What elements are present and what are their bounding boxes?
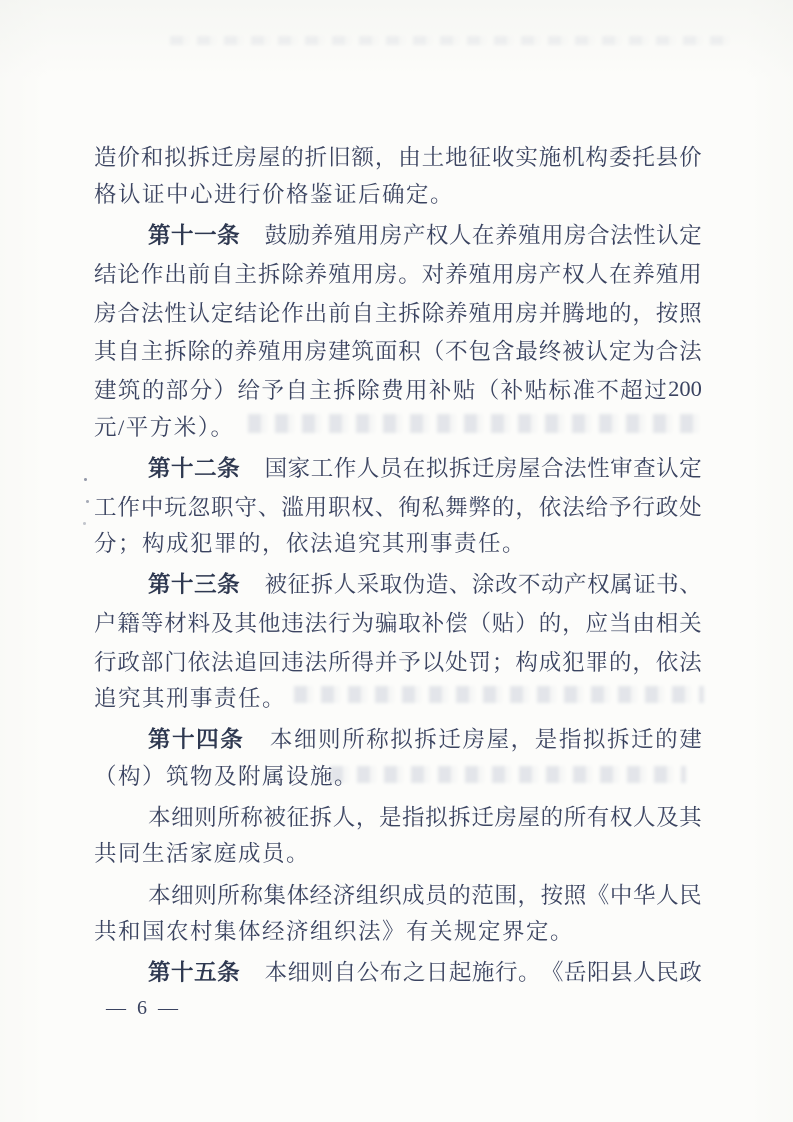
line-text-char: 自 <box>334 955 357 987</box>
line-text-char: 予 <box>261 373 284 405</box>
line-text-char: 政 <box>679 955 702 987</box>
line-text-char: 则 <box>311 955 334 987</box>
line-text-char: 房 <box>564 218 587 250</box>
line-text-char: 所 <box>217 878 240 910</box>
line-text-char: ） <box>214 373 237 405</box>
line-text-char: 法 <box>305 645 328 677</box>
line-text-char: ， <box>511 722 534 754</box>
line-text-char: 本 <box>148 878 171 910</box>
article-number-char: 第 <box>148 567 171 599</box>
line-text-char: 政 <box>117 645 140 677</box>
line-text-char: 用 <box>305 490 328 522</box>
line-text-char: ， <box>375 140 398 172</box>
line-text-char: 用 <box>351 257 374 289</box>
line-text-char: 指 <box>402 800 425 832</box>
line-text-char: 则 <box>318 722 341 754</box>
line-text-char: 不 <box>445 334 468 366</box>
line-text-char: 人 <box>334 567 357 599</box>
line-text-char: 分 <box>190 373 213 405</box>
line-text-char: 织 <box>379 878 402 910</box>
text-line: 其自主拆除的养殖用房建筑面积（不包含最终被认定为合法 <box>94 331 702 370</box>
line-text-char: 殖 <box>518 218 541 250</box>
line-text-char: 养 <box>445 257 468 289</box>
line-text-char: 作 <box>141 257 164 289</box>
line-text-char: ， <box>632 296 655 328</box>
line-text-char: 人 <box>586 257 609 289</box>
text-line: 分；构成犯罪的，依法追究其刑事责任。 <box>94 525 702 564</box>
line-text-char: 积 <box>398 334 421 366</box>
line-text-char: 籍 <box>117 606 140 638</box>
line-text-char: 性 <box>587 451 610 483</box>
line-text-char: 前 <box>188 257 211 289</box>
line-text-char: 中 <box>141 490 164 522</box>
scanned-document-page: 造价和拟拆迁房屋的折旧额，由土地征收实施机构委托县价格认证中心进行价格鉴证后确定… <box>0 0 793 1122</box>
line-text-char: 拆 <box>414 722 437 754</box>
line-text-char: 拟 <box>583 722 606 754</box>
line-text-char: 在 <box>472 218 495 250</box>
line-text-char: 并 <box>539 296 562 328</box>
line-text-char: 当 <box>609 606 632 638</box>
line-text-char: 法 <box>679 334 702 366</box>
line-text-char: 的 <box>541 800 564 832</box>
line-text-char: 处 <box>679 490 702 522</box>
line-text-char: 公 <box>357 955 380 987</box>
line-text-char: 建 <box>94 373 117 405</box>
line-text-char: 对 <box>422 257 445 289</box>
line-text-char: 迁 <box>472 451 495 483</box>
line-text-char: 房 <box>515 257 538 289</box>
text-line: 追究其刑事责任。 <box>94 680 702 719</box>
line-text-char: 为 <box>632 334 655 366</box>
line-text-char: 合 <box>656 334 679 366</box>
line-text-char: 产 <box>539 257 562 289</box>
line-text-char: 筑 <box>351 334 374 366</box>
line-text-char: 的 <box>448 878 471 910</box>
text-line: 第十五条本细则自公布之日起施行。《岳阳县人民政 <box>94 952 702 991</box>
line-text-char: 殖 <box>469 257 492 289</box>
line-text-char: 殖 <box>328 257 351 289</box>
line-text-char: 员 <box>425 878 448 910</box>
line-text-char: 称 <box>366 722 389 754</box>
bleed-through-artifact <box>170 36 730 45</box>
line-text-char: 应 <box>586 606 609 638</box>
line-text-char: 人 <box>333 800 356 832</box>
line-text-char: 职 <box>328 490 351 522</box>
line-text-char: 等 <box>141 606 164 638</box>
line-text-char: 细 <box>288 955 311 987</box>
line-text-char: 违 <box>281 606 304 638</box>
line-text-char: 和 <box>141 140 164 172</box>
article-number-char: 条 <box>217 218 240 250</box>
text-line: （构）筑物及附属设施。 <box>94 758 702 797</box>
line-text-char: 旧 <box>328 140 351 172</box>
line-text-char: 由 <box>632 606 655 638</box>
line-text-char: 用 <box>679 257 702 289</box>
line-text-char: 犯 <box>562 645 585 677</box>
line-text-char: 认 <box>656 451 679 483</box>
line-text-char: 被 <box>562 334 585 366</box>
line-text-char: 法 <box>679 645 702 677</box>
text-line: 工作中玩忽职守、滥用职权、徇私舞弊的，依法给予行政处 <box>94 486 702 525</box>
line-text-char: 其 <box>94 334 117 366</box>
line-text-char: （ <box>477 373 500 405</box>
line-text-char: 房 <box>495 451 518 483</box>
line-text-char: 材 <box>164 606 187 638</box>
line-text-char: 房 <box>94 296 117 328</box>
line-text-char: 房 <box>234 140 257 172</box>
line-text-char: 权 <box>610 800 633 832</box>
line-text-char: 行 <box>632 490 655 522</box>
line-text-char: 的 <box>609 645 632 677</box>
line-text-char: ， <box>562 606 585 638</box>
line-text-char: 、 <box>679 567 702 599</box>
line-text-char: 除 <box>281 257 304 289</box>
line-text-char: 出 <box>305 296 328 328</box>
line-text-char: 属 <box>610 567 633 599</box>
line-text-char: 拆 <box>311 567 334 599</box>
line-text-char: 房 <box>494 800 517 832</box>
line-text-char: 养 <box>311 218 334 250</box>
text-line: 第十四条本细则所称拟拆迁房屋，是指拟拆迁的建 <box>94 719 702 758</box>
line-text-char: 并 <box>375 645 398 677</box>
line-text-char: 出 <box>164 257 187 289</box>
line-text-char: 产 <box>403 218 426 250</box>
line-text-char: 滥 <box>281 490 304 522</box>
text-line: 结论作出前自主拆除养殖用房。对养殖用房产权人在养殖用 <box>94 253 702 292</box>
line-text-char: 民 <box>656 955 679 987</box>
line-text-char: 工 <box>311 451 334 483</box>
line-text-char: 建 <box>679 722 702 754</box>
line-text-char: 玩 <box>164 490 187 522</box>
article-number-char: 一 <box>194 218 217 250</box>
line-text-char: 结 <box>94 257 117 289</box>
line-text-char: 实 <box>515 140 538 172</box>
line-text-char: 国 <box>265 451 288 483</box>
line-text-char: 所 <box>342 722 365 754</box>
line-text-char: 不 <box>518 567 541 599</box>
line-text-char: 、 <box>258 490 281 522</box>
line-text-char: 书 <box>656 567 679 599</box>
line-text-char: 拆 <box>333 373 356 405</box>
line-text-char: 证 <box>633 567 656 599</box>
line-text-char: 日 <box>426 955 449 987</box>
line-text-char: 及 <box>211 606 234 638</box>
line-text-char: 守 <box>234 490 257 522</box>
line-text-char: 合 <box>541 451 564 483</box>
line-text-char: 《 <box>587 878 610 910</box>
text-line: 造价和拟拆迁房屋的折旧额，由土地征收实施机构委托县价 <box>94 137 702 176</box>
line-text-char: 料 <box>188 606 211 638</box>
line-text-char: 收 <box>492 140 515 172</box>
line-text-char: 布 <box>380 955 403 987</box>
line-text-char: 。 <box>398 257 421 289</box>
line-text-char: 所 <box>328 645 351 677</box>
line-text-char: 偿 <box>445 606 468 638</box>
line-text-char: 指 <box>559 722 582 754</box>
line-text-char: 的 <box>142 373 165 405</box>
line-text-char: 县 <box>656 140 679 172</box>
document-body: 造价和拟拆迁房屋的折旧额，由土地征收实施机构委托县价格认证中心进行价格鉴证后确定… <box>94 137 702 991</box>
line-text-char: 为 <box>351 606 374 638</box>
line-text-char: 拟 <box>390 722 413 754</box>
line-text-char: 伪 <box>403 567 426 599</box>
line-text-char: 部 <box>166 373 189 405</box>
line-text-char: 性 <box>633 218 656 250</box>
line-text-char: 拟 <box>164 140 187 172</box>
line-text-char: 阳 <box>587 955 610 987</box>
line-text-char: 岳 <box>564 955 587 987</box>
line-text-char: 作 <box>117 490 140 522</box>
line-text-char: 价 <box>117 140 140 172</box>
line-text-char: 取 <box>380 567 403 599</box>
line-text-char: 养 <box>495 218 518 250</box>
line-text-char: 骗 <box>375 606 398 638</box>
line-text-char: 细 <box>171 800 194 832</box>
line-text-char: 造 <box>94 140 117 172</box>
line-text-char: 额 <box>351 140 374 172</box>
line-text-char: 的 <box>211 334 234 366</box>
line-text-char: 本 <box>148 800 171 832</box>
line-text-char: 用 <box>405 373 428 405</box>
line-text-char: 拆 <box>398 296 421 328</box>
line-text-char: 照 <box>564 878 587 910</box>
line-text-char: 行 <box>328 606 351 638</box>
line-text-char: 屋 <box>518 451 541 483</box>
article-number-char: 十 <box>172 722 195 754</box>
text-line: 户籍等材料及其他违法行为骗取补偿（贴）的，应当由相关 <box>94 603 702 642</box>
line-text-char: 前 <box>328 296 351 328</box>
line-text-char: 中 <box>610 878 633 910</box>
line-text-char: 法 <box>564 451 587 483</box>
line-text-char: 价 <box>679 140 702 172</box>
line-text-char: 屋 <box>518 800 541 832</box>
line-text-char: 徇 <box>398 490 421 522</box>
text-line: 行政部门依法追回违法所得并予以处罚；构成犯罪的，依法 <box>94 641 702 680</box>
line-text-char: 贴 <box>453 373 476 405</box>
line-text-char: 细 <box>171 878 194 910</box>
line-text-char: 本 <box>270 722 293 754</box>
line-text-char: 忽 <box>188 490 211 522</box>
line-text-char: 工 <box>94 490 117 522</box>
line-text-char: 有 <box>587 800 610 832</box>
text-line: 第十一条鼓励养殖用房产权人在养殖用房合法性认定 <box>94 215 702 254</box>
line-text-char: 人 <box>449 218 472 250</box>
line-text-char: ， <box>518 878 541 910</box>
line-text-char: 依 <box>188 645 211 677</box>
line-text-char: 人 <box>633 955 656 987</box>
line-text-char: 准 <box>572 373 595 405</box>
line-text-char: 私 <box>422 490 445 522</box>
line-text-char: 用 <box>541 218 564 250</box>
line-text-char: 称 <box>240 800 263 832</box>
line-text-char: ， <box>632 645 655 677</box>
line-text-char: 起 <box>449 955 472 987</box>
line-text-char: 按 <box>541 878 564 910</box>
line-text-char: 政 <box>656 490 679 522</box>
line-text-char: ； <box>492 645 515 677</box>
article-number-char: 条 <box>220 722 243 754</box>
line-text-char: 依 <box>539 490 562 522</box>
article-number-char: 十 <box>171 567 194 599</box>
line-text-char: 的 <box>655 722 678 754</box>
line-text-char: 施 <box>472 955 495 987</box>
line-text-char: 及 <box>656 800 679 832</box>
line-text-char: 法 <box>141 296 164 328</box>
line-text-char: 成 <box>402 878 425 910</box>
line-text-char: 家 <box>288 451 311 483</box>
line-text-char: 屋 <box>258 140 281 172</box>
text-line: 第十二条国家工作人员在拟拆迁房屋合法性审查认定 <box>94 447 702 486</box>
text-line: 共同生活家庭成员。 <box>94 835 702 874</box>
line-text-char: 拆 <box>188 140 211 172</box>
line-text-char: 取 <box>398 606 421 638</box>
line-text-char: 房 <box>515 296 538 328</box>
line-text-char: 不 <box>596 373 619 405</box>
line-text-char: 给 <box>238 373 261 405</box>
line-text-char: 地 <box>586 296 609 328</box>
line-text-char: 标 <box>549 373 572 405</box>
line-text-char: 拆 <box>164 334 187 366</box>
line-text-char: 细 <box>294 722 317 754</box>
line-text-char: 在 <box>609 257 632 289</box>
line-text-char: 屋 <box>487 722 510 754</box>
line-text-char: 房 <box>305 334 328 366</box>
line-text-char: 殖 <box>258 334 281 366</box>
line-text: （构）筑物及附属设施。 <box>94 764 358 789</box>
line-text-char: 主 <box>375 296 398 328</box>
line-text-char: 殖 <box>469 296 492 328</box>
line-text-char: 职 <box>211 490 234 522</box>
line-text-char: 拆 <box>448 800 471 832</box>
line-text-char: 征 <box>469 140 492 172</box>
line-text-char: 经 <box>310 878 333 910</box>
line-text-char: 关 <box>679 606 702 638</box>
line-text-char: 弊 <box>469 490 492 522</box>
line-text-char: 他 <box>258 606 281 638</box>
line-text-char: 地 <box>445 140 468 172</box>
line-text-char: 查 <box>633 451 656 483</box>
line-text-char: 拟 <box>425 800 448 832</box>
line-text-char: 定 <box>679 218 702 250</box>
line-text-char: 集 <box>263 878 286 910</box>
line-text-char: 罚 <box>469 645 492 677</box>
line-text-char: 拆 <box>258 257 281 289</box>
line-text-char: 行 <box>94 645 117 677</box>
line-text-char: 拟 <box>426 451 449 483</box>
line-text-char: 法 <box>562 490 585 522</box>
line-text-char: 定 <box>679 451 702 483</box>
line-text-char: 造 <box>426 567 449 599</box>
line-text-char: 用 <box>492 257 515 289</box>
line-text-char: 、 <box>449 567 472 599</box>
article-number-char: 五 <box>194 955 217 987</box>
line-text-char: 权 <box>562 257 585 289</box>
line-text-char: 合 <box>117 296 140 328</box>
line-text-char: 权 <box>351 490 374 522</box>
line-text-char: 自 <box>211 257 234 289</box>
line-text-char: 费 <box>381 373 404 405</box>
line-text-char: 的 <box>281 140 304 172</box>
article-number-char: 条 <box>217 567 240 599</box>
line-text-char: 则 <box>194 800 217 832</box>
line-text-char: 含 <box>492 334 515 366</box>
line-text-char: 面 <box>375 334 398 366</box>
line-text-char: 相 <box>656 606 679 638</box>
line-text-char: 之 <box>403 955 426 987</box>
line-text-char: 用 <box>492 296 515 328</box>
line-text-char: 筑 <box>118 373 141 405</box>
line-text-char: 养 <box>234 334 257 366</box>
line-text-char: 照 <box>679 296 702 328</box>
line-text-char: 予 <box>609 490 632 522</box>
text-line: 元/平方米）。 <box>94 409 702 448</box>
line-text-char: 200 <box>668 376 702 402</box>
line-text-char: 本 <box>265 955 288 987</box>
line-text-char: 认 <box>656 218 679 250</box>
line-text: 分；构成犯罪的，依法追究其刑事责任。 <box>94 531 526 556</box>
line-text-char: 迁 <box>211 140 234 172</box>
line-text-char: 是 <box>535 722 558 754</box>
line-text-char: 人 <box>633 800 656 832</box>
line-text-char: 人 <box>656 878 679 910</box>
line-text-char: 称 <box>240 878 263 910</box>
line-text-char: 被 <box>263 800 286 832</box>
line-text-char: 殖 <box>334 218 357 250</box>
line-text-char: 自 <box>351 296 374 328</box>
text-line: 第十三条被征拆人采取伪造、涂改不动产权属证书、 <box>94 564 702 603</box>
article-number-char: 第 <box>148 955 171 987</box>
line-text-char: 。 <box>518 955 541 987</box>
line-text-char: 征 <box>287 800 310 832</box>
line-text-char: 给 <box>586 490 609 522</box>
line-text-char: 作 <box>281 296 304 328</box>
article-number-char: 三 <box>194 567 217 599</box>
line-text-char: 的 <box>492 490 515 522</box>
line-text-char: 建 <box>328 334 351 366</box>
line-text-char: 在 <box>403 451 426 483</box>
line-text-char: 审 <box>610 451 633 483</box>
line-text-char: 用 <box>281 334 304 366</box>
line-text-char: 所 <box>564 800 587 832</box>
line-text: 元/平方米）。 <box>94 415 235 440</box>
article-number-char: 条 <box>217 955 240 987</box>
line-text-char: 最 <box>515 334 538 366</box>
line-text-char: 养 <box>305 257 328 289</box>
line-text-char: 折 <box>305 140 328 172</box>
line-text-char: 法 <box>305 606 328 638</box>
line-text-char: 舞 <box>445 490 468 522</box>
line-text-char: 施 <box>539 140 562 172</box>
line-text-char: 托 <box>632 140 655 172</box>
line-text-char: 主 <box>234 257 257 289</box>
line-text-char: 房 <box>375 257 398 289</box>
line-text-char: 土 <box>422 140 445 172</box>
line-text-char: 部 <box>141 645 164 677</box>
article-number-char: 十 <box>171 955 194 987</box>
line-text-char: 迁 <box>438 722 461 754</box>
line-text-char: 超 <box>620 373 643 405</box>
line-text-char: 是 <box>379 800 402 832</box>
line-text-char: 认 <box>188 296 211 328</box>
line-text-char: 养 <box>445 296 468 328</box>
line-text-char: 主 <box>309 373 332 405</box>
page-number: — 6 — <box>106 997 181 1020</box>
line-text-char: 的 <box>539 606 562 638</box>
line-text-char: 采 <box>357 567 380 599</box>
line-text-char: 员 <box>380 451 403 483</box>
line-text-char: 迁 <box>631 722 654 754</box>
line-text-char: 迁 <box>471 800 494 832</box>
